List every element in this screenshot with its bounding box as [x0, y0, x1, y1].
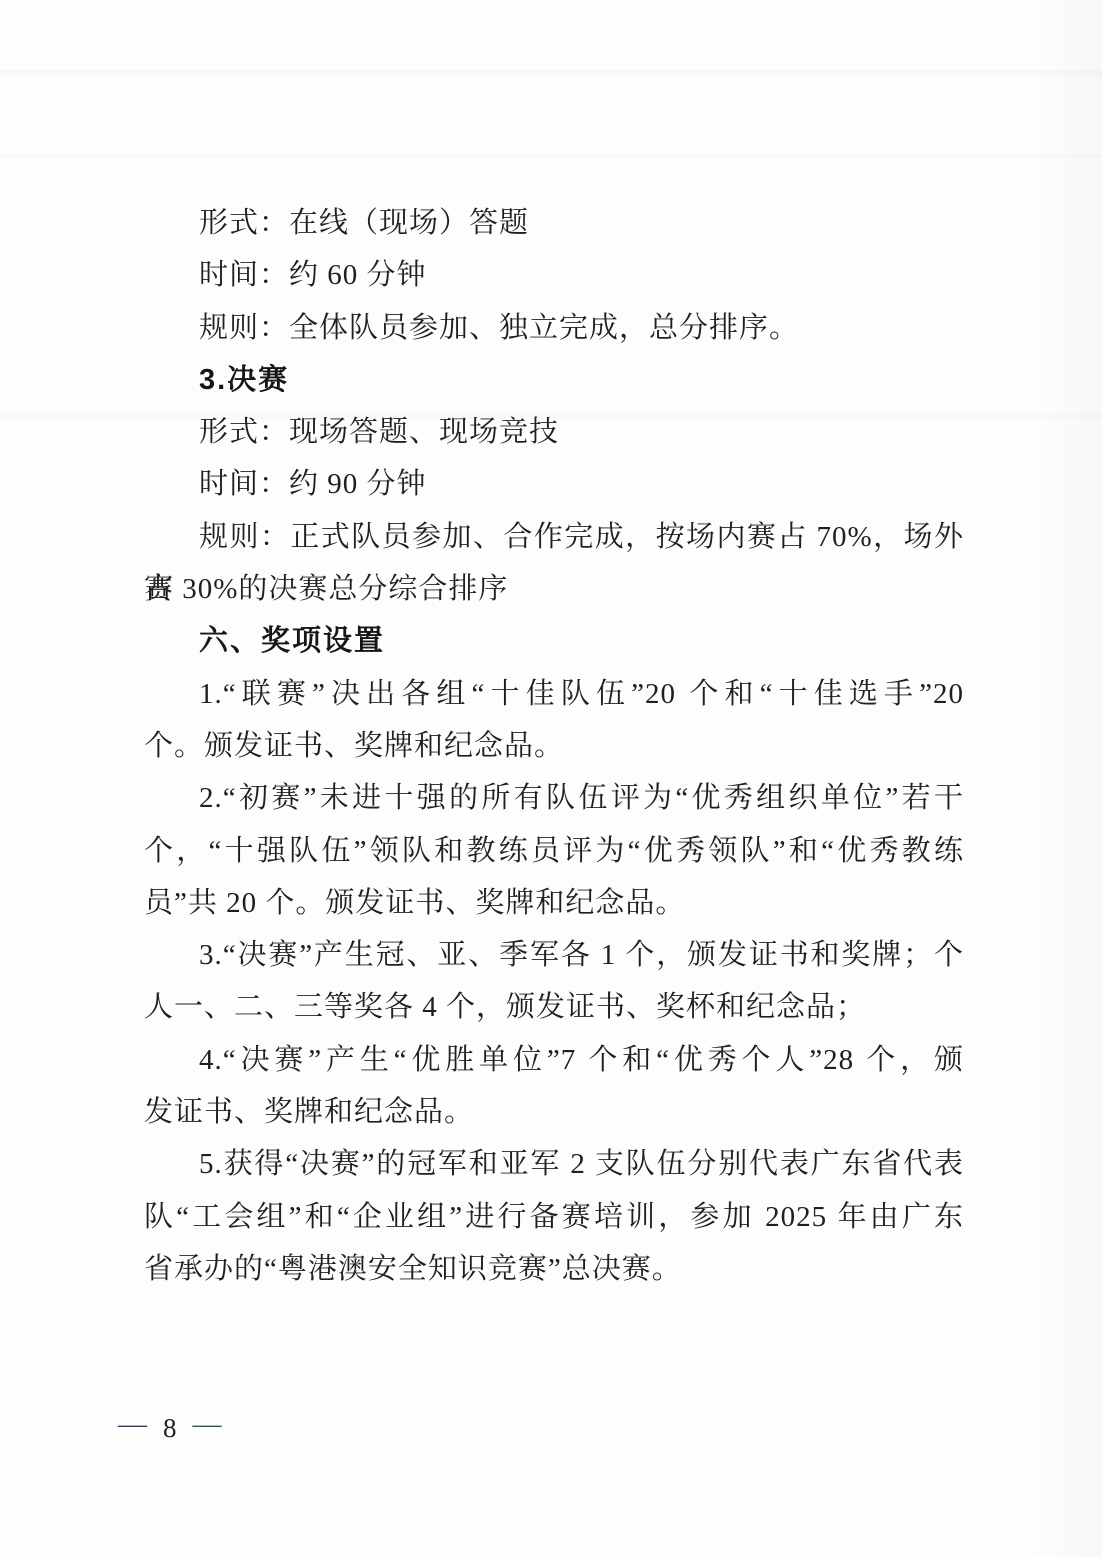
line-final-rules-1: 规则：正式队员参加、合作完成，按场内赛占 70%，场外赛 — [144, 511, 964, 563]
page-number-dash-right: — — [193, 1408, 222, 1441]
line-award-3b: 人一、二、三等奖各 4 个，颁发证书、奖杯和纪念品； — [144, 981, 964, 1033]
line-prelim-format: 形式：在线（现场）答题 — [144, 197, 964, 249]
scan-artifact — [1032, 0, 1102, 1557]
line-award-5b: 队“工会组”和“企业组”进行备赛培训，参加 2025 年由广东 — [144, 1191, 964, 1243]
line-award-3a: 3.“决赛”产生冠、亚、季军各 1 个，颁发证书和奖牌；个 — [144, 929, 964, 981]
scan-artifact — [0, 70, 1102, 76]
line-award-2c: 员”共 20 个。颁发证书、奖牌和纪念品。 — [144, 877, 964, 929]
page-number-value: 8 — [163, 1413, 177, 1443]
page-number: —8— — [118, 1412, 222, 1445]
line-award-5c: 省承办的“粤港澳安全知识竞赛”总决赛。 — [144, 1243, 964, 1295]
line-award-2a: 2.“初赛”未进十强的所有队伍评为“优秀组织单位”若干 — [144, 772, 964, 824]
line-prelim-rules: 规则：全体队员参加、独立完成，总分排序。 — [144, 302, 964, 354]
line-final-time: 时间：约 90 分钟 — [144, 458, 964, 510]
line-prelim-time: 时间：约 60 分钟 — [144, 249, 964, 301]
line-award-1b: 个。颁发证书、奖牌和纪念品。 — [144, 720, 964, 772]
heading-awards-section: 六、奖项设置 — [144, 615, 964, 667]
line-award-5a: 5.获得“决赛”的冠军和亚军 2 支队伍分别代表广东省代表 — [144, 1138, 964, 1190]
document-page: { "document": { "lines": [ { "text": "形式… — [0, 0, 1102, 1557]
document-body: 形式：在线（现场）答题 时间：约 60 分钟 规则：全体队员参加、独立完成，总分… — [144, 197, 964, 1295]
page-number-dash-left: — — [118, 1408, 147, 1441]
line-award-4b: 发证书、奖牌和纪念品。 — [144, 1086, 964, 1138]
heading-final-round: 3.决赛 — [144, 354, 964, 406]
line-final-rules-2: 占 30%的决赛总分综合排序 — [144, 563, 964, 615]
line-award-4a: 4.“决赛”产生“优胜单位”7 个和“优秀个人”28 个，颁 — [144, 1034, 964, 1086]
line-award-2b: 个，“十强队伍”领队和教练员评为“优秀领队”和“优秀教练 — [144, 825, 964, 877]
scan-artifact — [0, 154, 1102, 158]
line-final-format: 形式：现场答题、现场竞技 — [144, 406, 964, 458]
line-award-1a: 1.“联赛”决出各组“十佳队伍”20 个和“十佳选手”20 — [144, 668, 964, 720]
